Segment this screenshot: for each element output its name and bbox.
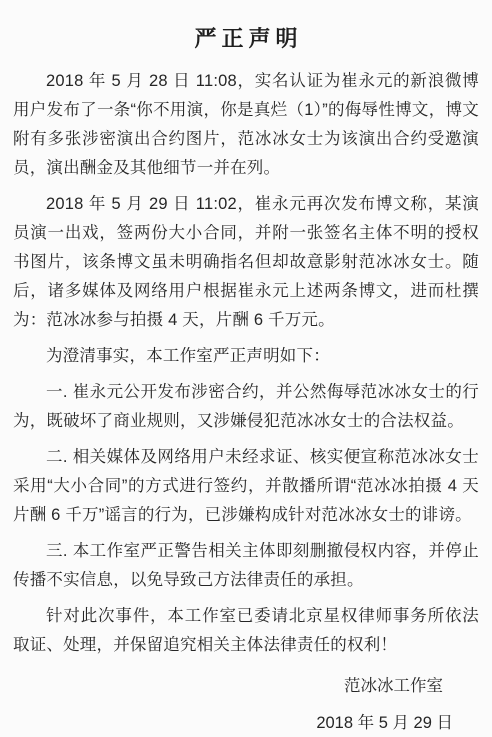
statement-lead-in: 为澄清事实，本工作室严正声明如下： — [13, 342, 479, 371]
statement-item-2: 二. 相关媒体及网络用户未经求证、核实便宣称范冰冰女士采用“大小合同”的方式进行… — [13, 443, 479, 530]
signature-studio-name: 范冰冰工作室 — [13, 672, 443, 701]
statement-closing-paragraph: 针对此次事件，本工作室已委请北京星权律师事务所依法取证、处理，并保留追究相关主体… — [13, 602, 479, 660]
statement-item-1: 一. 崔永元公开发布涉密合约，并公然侮辱范冰冰女士的行为，既破坏了商业规则，又涉… — [13, 378, 479, 436]
statement-document-page: 严正声明 2018 年 5 月 28 日 11:08，实名认证为崔永元的新浪微博… — [0, 0, 492, 737]
statement-paragraph-incident-1: 2018 年 5 月 28 日 11:08，实名认证为崔永元的新浪微博用户发布了… — [13, 67, 479, 183]
document-date: 2018 年 5 月 29 日 — [13, 709, 453, 737]
statement-paragraph-incident-2: 2018 年 5 月 29 日 11:02，崔永元再次发布博文称，某演员演一出戏… — [13, 190, 479, 335]
statement-item-3: 三. 本工作室严正警告相关主体即刻删撤侵权内容，并停止传播不实信息，以免导致己方… — [13, 537, 479, 595]
document-title: 严正声明 — [13, 24, 479, 54]
